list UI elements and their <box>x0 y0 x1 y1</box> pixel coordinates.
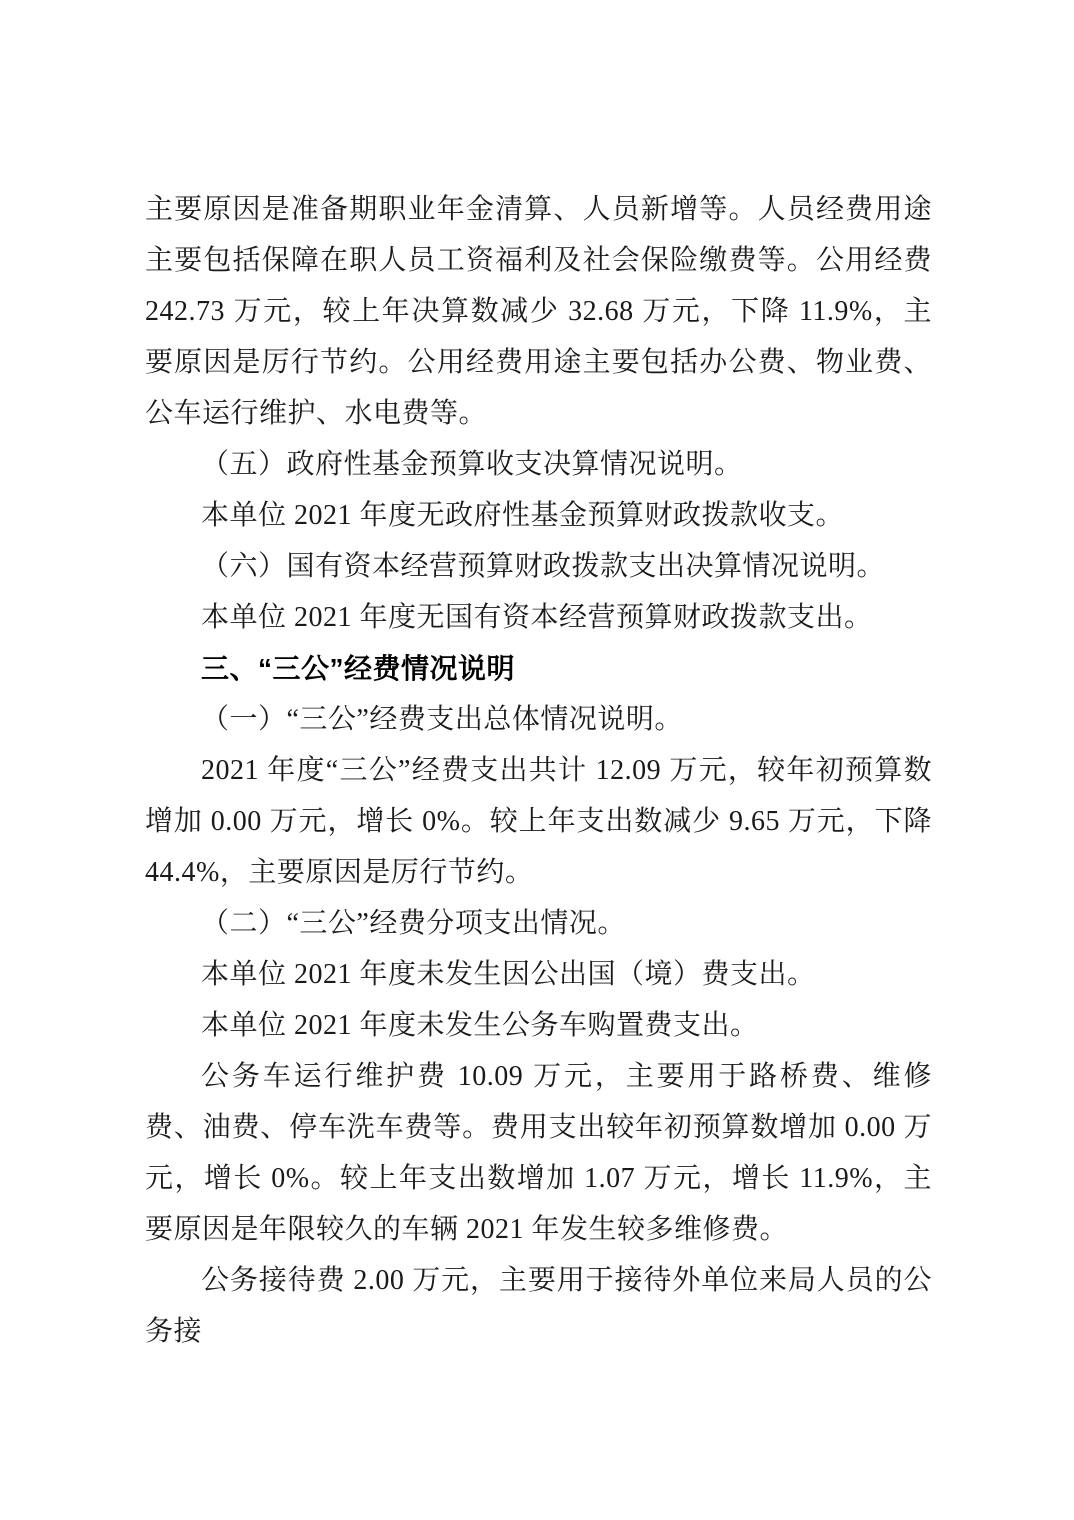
paragraph-4: （六）国有资本经营预算财政拨款支出决算情况说明。 <box>145 541 932 592</box>
paragraph-8: 2021 年度“三公”经费支出共计 12.09 万元，较年初预算数增加 0.00… <box>145 745 932 898</box>
paragraph-9: （二）“三公”经费分项支出情况。 <box>145 898 932 949</box>
paragraph-10: 本单位 2021 年度未发生因公出国（境）费支出。 <box>145 949 932 1000</box>
document-body: 主要原因是准备期职业年金清算、人员新增等。人员经费用途主要包括保障在职人员工资福… <box>145 184 932 1357</box>
paragraph-11: 本单位 2021 年度未发生公务车购置费支出。 <box>145 1000 932 1051</box>
paragraph-12: 公务车运行维护费 10.09 万元，主要用于路桥费、维修费、油费、停车洗车费等。… <box>145 1051 932 1255</box>
section-heading: 三、“三公”经费情况说明 <box>145 643 932 694</box>
document-page: 主要原因是准备期职业年金清算、人员新增等。人员经费用途主要包括保障在职人员工资福… <box>0 0 1074 1520</box>
paragraph-3: 本单位 2021 年度无政府性基金预算财政拨款收支。 <box>145 490 932 541</box>
paragraph-2: （五）政府性基金预算收支决算情况说明。 <box>145 439 932 490</box>
paragraph-7: （一）“三公”经费支出总体情况说明。 <box>145 694 932 745</box>
paragraph-13: 公务接待费 2.00 万元，主要用于接待外单位来局人员的公务接 <box>145 1255 932 1357</box>
paragraph-1: 主要原因是准备期职业年金清算、人员新增等。人员经费用途主要包括保障在职人员工资福… <box>145 184 932 439</box>
paragraph-5: 本单位 2021 年度无国有资本经营预算财政拨款支出。 <box>145 592 932 643</box>
